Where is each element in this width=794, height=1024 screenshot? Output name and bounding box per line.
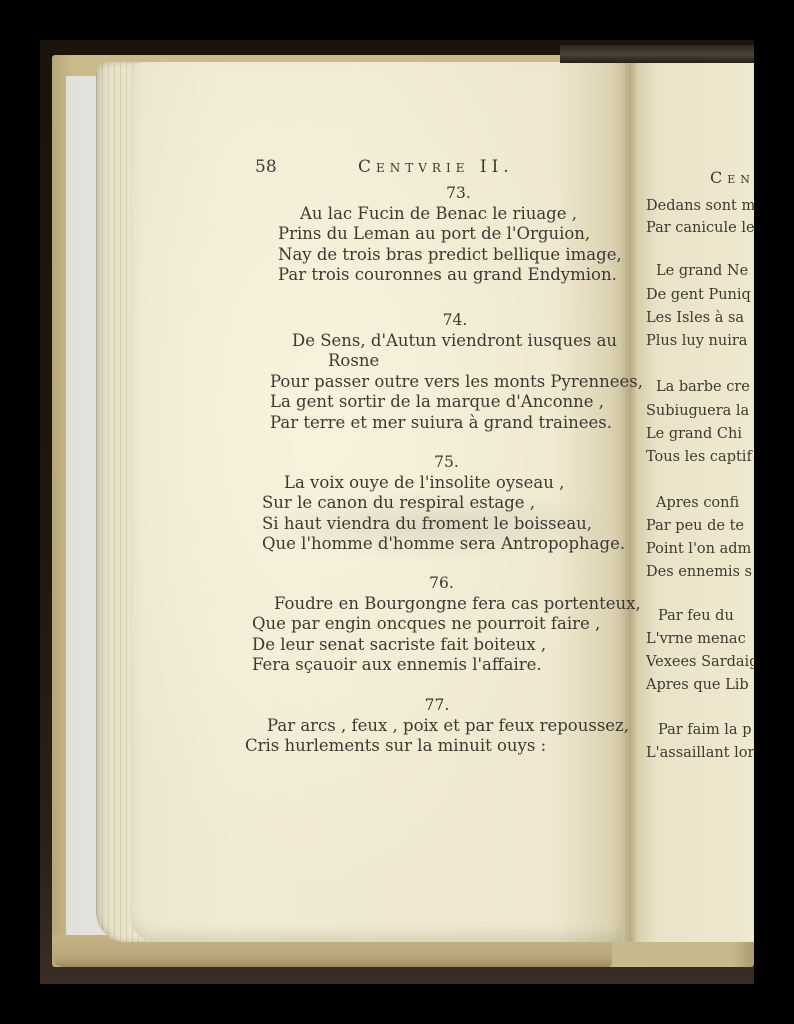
verse-line: Par canicule le [646, 217, 754, 240]
running-title: Centvrie II. [358, 157, 514, 177]
verse-line: De Sens, d'Autun viendront iusques au [270, 331, 620, 352]
quatrain-number: 77. [245, 695, 615, 716]
verse-line: Apres confi [656, 492, 739, 515]
running-head: 58 Centvrie II. [255, 157, 615, 181]
verse-line: Par peu de te [646, 515, 744, 538]
quatrain-number: 74. [270, 310, 620, 331]
verse-line: L'vrne menac [646, 628, 746, 651]
verse-line: Subiuguera la [646, 400, 749, 423]
verse-line: L'assaillant lor [646, 742, 754, 765]
verse-line: La voix ouye de l'insolite oyseau , [262, 473, 617, 494]
verse-line: Dedans sont mi [646, 195, 754, 218]
verse-line: Prins du Leman au port de l'Orguion, [278, 224, 623, 245]
verse-line: La barbe cre [656, 376, 750, 399]
verse-line: Le grand Chi [646, 423, 742, 446]
verse-line: Tous les captif [646, 446, 752, 469]
verse-line: Nay de trois bras predict bellique image… [278, 245, 623, 266]
quatrain-number: 73. [278, 183, 623, 204]
quatrain-77: 77. Par arcs , feux , poix et par feux r… [245, 695, 615, 757]
verse-line: Au lac Fucin de Benac le riuage , [278, 204, 623, 225]
verse-line: Par trois couronnes au grand Endymion. [278, 265, 623, 286]
verse-line: Par arcs , feux , poix et par feux repou… [245, 716, 615, 737]
verse-line: Foudre en Bourgongne fera cas portenteux… [252, 594, 617, 615]
quatrain-76: 76. Foudre en Bourgongne fera cas porten… [252, 573, 617, 676]
verse-line: Cris hurlements sur la minuit ouys : [245, 736, 615, 757]
verse-line: Que par engin oncques ne pourroit faire … [252, 614, 617, 635]
verse-line: Que l'homme d'homme sera Antropophage. [262, 534, 617, 555]
verse-line: Par feu du [658, 605, 734, 628]
verse-line: Sur le canon du respiral estage , [262, 493, 617, 514]
verse-line: Point l'on adm [646, 538, 751, 561]
verse-line: Par faim la p [658, 719, 751, 742]
verse-line: De leur senat sacriste fait boiteux , [252, 635, 617, 656]
verse-line: Fera sçauoir aux ennemis l'affaire. [252, 655, 617, 676]
page-number: 58 [255, 157, 277, 177]
verse-line: Par terre et mer suiura à grand trainees… [270, 413, 620, 434]
verse-line: Les Isles à sa [646, 307, 744, 330]
quatrain-75: 75. La voix ouye de l'insolite oyseau , … [262, 452, 617, 555]
verse-line: Pour passer outre vers les monts Pyrenne… [270, 372, 620, 393]
verse-line: Plus luy nuira [646, 330, 747, 353]
quatrain-number: 76. [252, 573, 617, 594]
quatrain-number: 75. [262, 452, 617, 473]
quatrain-74: 74. De Sens, d'Autun viendront iusques a… [270, 310, 620, 433]
verse-line-continuation: Rosne [270, 351, 620, 372]
verse-line: Vexees Sardaig [646, 651, 754, 674]
right-page-text: Dedans sont mi Par canicule le Le grand … [646, 0, 754, 1024]
verse-line: Le grand Ne [656, 260, 748, 283]
verse-line: De gent Puniq [646, 284, 751, 307]
verse-line: Si haut viendra du froment le boisseau, [262, 514, 617, 535]
verse-line: Des ennemis s [646, 561, 752, 584]
quatrain-73: 73. Au lac Fucin de Benac le riuage , Pr… [278, 183, 623, 286]
verse-line: Apres que Lib [646, 674, 749, 697]
verse-line: La gent sortir de la marque d'Anconne , [270, 392, 620, 413]
